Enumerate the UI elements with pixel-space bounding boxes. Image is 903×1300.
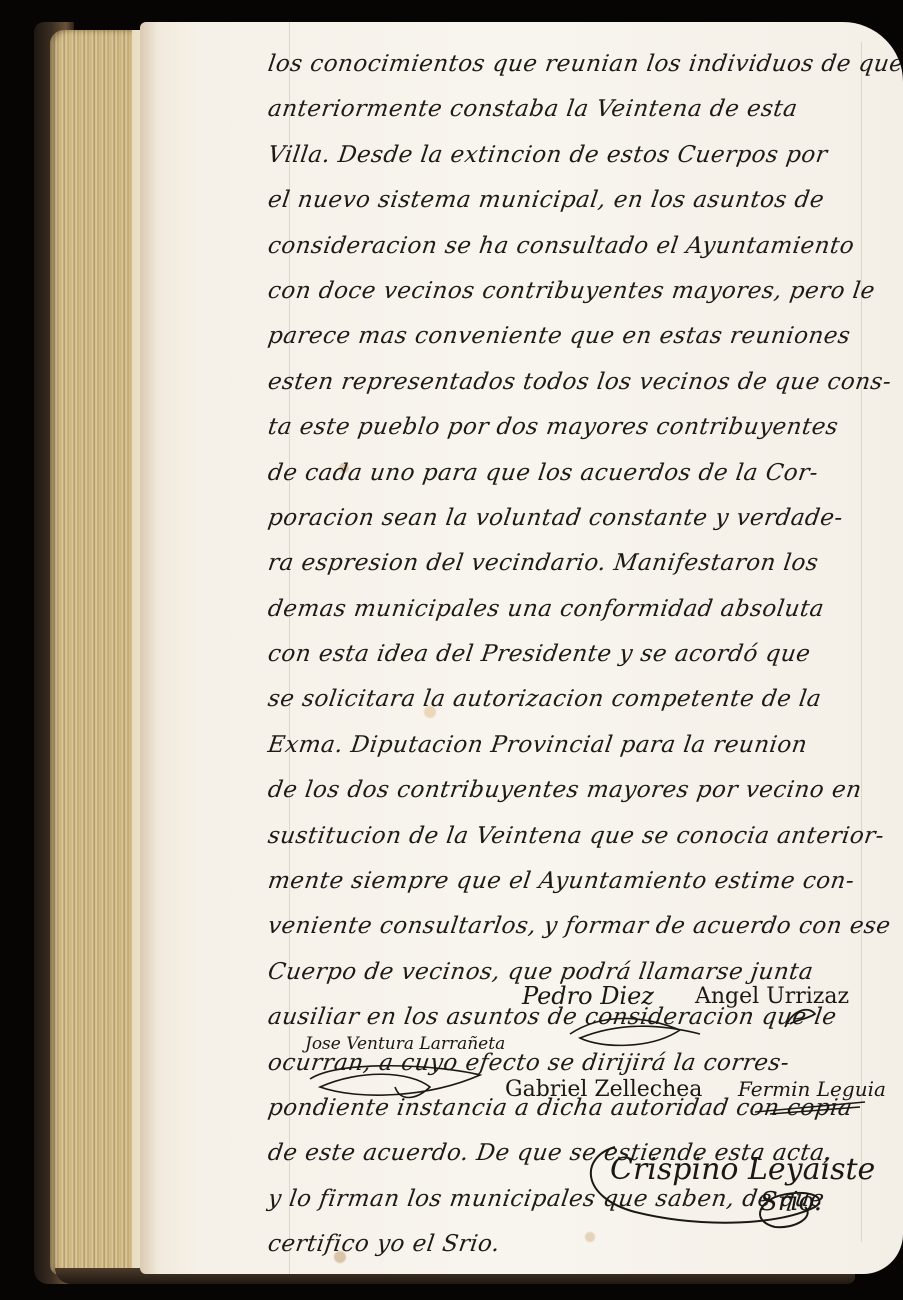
text-line: Villa. Desde la extincion de estos Cuerp… bbox=[265, 133, 881, 178]
text-line: de los dos contribuyentes mayores por ve… bbox=[265, 768, 881, 813]
text-line: con esta idea del Presidente y se acordó… bbox=[265, 632, 881, 677]
signature-jose-ventura: Jose Ventura Larrañeta bbox=[305, 1034, 505, 1054]
text-line: veniente consultarlos, y formar de acuer… bbox=[265, 904, 881, 949]
text-line: Exma. Diputacion Provincial para la reun… bbox=[265, 723, 881, 768]
text-line: parece mas conveniente que en estas reun… bbox=[265, 314, 881, 359]
text-line: ta este pueblo por dos mayores contribuy… bbox=[265, 405, 881, 450]
text-line: el nuevo sistema municipal, en los asunt… bbox=[265, 178, 881, 223]
text-line: poracion sean la voluntad constante y ve… bbox=[265, 496, 881, 541]
text-line: sustitucion de la Veintena que se conoci… bbox=[265, 814, 881, 859]
text-line: consideracion se ha consultado el Ayunta… bbox=[265, 224, 881, 269]
signature-flourish-icon bbox=[560, 1012, 710, 1052]
signature-flourish-icon bbox=[300, 1057, 490, 1107]
signature-pedro-diez: Pedro Diez bbox=[522, 982, 654, 1010]
text-line: ra espresion del vecindario. Manifestaro… bbox=[265, 541, 881, 586]
text-line: demas municipales una conformidad absolu… bbox=[265, 587, 881, 632]
signature-angel-urrizaz: Angel Urrizaz bbox=[695, 984, 849, 1009]
text-line: de cada uno para que los acuerdos de la … bbox=[265, 451, 881, 496]
page-gutter-shadow bbox=[140, 22, 158, 1274]
page-stack-edges bbox=[50, 30, 148, 1275]
text-line: se solicitara la autorizacion competente… bbox=[265, 677, 881, 722]
text-line: mente siempre que el Ayuntamiento estime… bbox=[265, 859, 881, 904]
signature-gabriel-zellechea: Gabriel Zellechea bbox=[505, 1077, 702, 1102]
signature-flourish-icon bbox=[575, 1137, 835, 1237]
text-line: esten representados todos los vecinos de… bbox=[265, 360, 881, 405]
manuscript-page: los conocimientos que reunian los indivi… bbox=[140, 22, 903, 1274]
book-scan: los conocimientos que reunian los indivi… bbox=[0, 0, 903, 1300]
signature-flourish-icon bbox=[780, 1002, 820, 1032]
text-line: los conocimientos que reunian los indivi… bbox=[265, 42, 881, 87]
text-line: con doce vecinos contribuyentes mayores,… bbox=[265, 269, 881, 314]
text-line: anteriormente constaba la Veintena de es… bbox=[265, 87, 881, 132]
signature-flourish-icon bbox=[750, 1097, 870, 1117]
